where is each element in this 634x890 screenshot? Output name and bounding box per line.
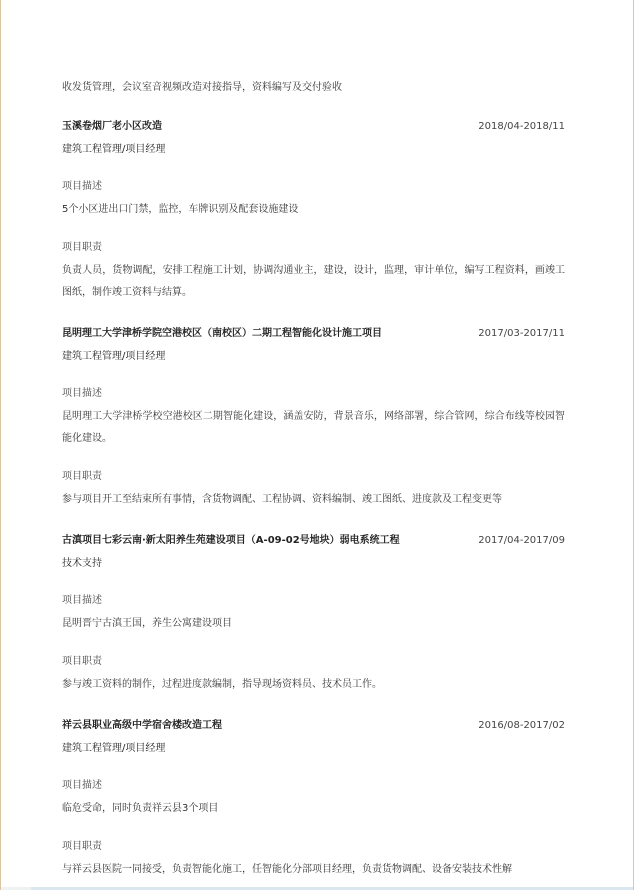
description-label: 项目描述	[62, 177, 565, 197]
duties-text: 参与竣工资料的制作，过程进度款编制，指导现场资料员、技术员工作。	[62, 674, 565, 696]
project-title: 玉溪卷烟厂老小区改造	[62, 117, 162, 137]
previous-duties-continuation: 收发货管理，会议室音视频改造对接指导，资料编写及交付验收	[62, 78, 565, 98]
project-date: 2016/08-2017/02	[478, 716, 565, 736]
duties-label: 项目职责	[62, 467, 565, 487]
description-text: 昆明理工大学津桥学校空港校区二期智能化建设，涵盖安防，背景音乐，网络部署，综合管…	[62, 406, 565, 450]
project-entry: 祥云县职业高级中学宿舍楼改造工程 2016/08-2017/02 建筑工程管理/…	[62, 716, 565, 881]
project-role: 建筑工程管理/项目经理	[62, 140, 565, 160]
duties-text: 参与项目开工至结束所有事情，含货物调配、工程协调、资料编制、竣工图纸、进度款及工…	[62, 489, 565, 511]
description-label: 项目描述	[62, 384, 565, 404]
project-role: 建筑工程管理/项目经理	[62, 347, 565, 367]
project-entry: 古滇项目七彩云南·新太阳养生苑建设项目（A-09-02号地块）弱电系统工程 20…	[62, 531, 565, 696]
project-header: 昆明理工大学津桥学院空港校区（南校区）二期工程智能化设计施工项目 2017/03…	[62, 324, 565, 344]
description-text: 临危受命，同时负责祥云县3个项目	[62, 798, 565, 820]
duties-text: 与祥云县医院一同接受，负责智能化施工，任智能化分部项目经理，负责货物调配、设备安…	[62, 859, 565, 881]
project-header: 玉溪卷烟厂老小区改造 2018/04-2018/11	[62, 117, 565, 137]
project-date: 2017/03-2017/11	[478, 324, 565, 344]
project-date: 2018/04-2018/11	[478, 117, 565, 137]
description-label: 项目描述	[62, 776, 565, 796]
duties-text: 负责人员，货物调配，安排工程施工计划，协调沟通业主，建设，设计，监理，审计单位，…	[62, 260, 565, 304]
project-date: 2017/04-2017/09	[478, 531, 565, 551]
project-experience-section: 收发货管理，会议室音视频改造对接指导，资料编写及交付验收 玉溪卷烟厂老小区改造 …	[62, 78, 565, 881]
project-header: 古滇项目七彩云南·新太阳养生苑建设项目（A-09-02号地块）弱电系统工程 20…	[62, 531, 565, 551]
project-role: 建筑工程管理/项目经理	[62, 739, 565, 759]
description-text: 昆明晋宁古滇王国，养生公寓建设项目	[62, 613, 565, 635]
duties-label: 项目职责	[62, 837, 565, 857]
duties-label: 项目职责	[62, 238, 565, 258]
project-entry: 玉溪卷烟厂老小区改造 2018/04-2018/11 建筑工程管理/项目经理 项…	[62, 117, 565, 304]
description-label: 项目描述	[62, 591, 565, 611]
project-header: 祥云县职业高级中学宿舍楼改造工程 2016/08-2017/02	[62, 716, 565, 736]
project-title: 祥云县职业高级中学宿舍楼改造工程	[62, 716, 222, 736]
project-role: 技术支持	[62, 554, 565, 574]
resume-page: 收发货管理，会议室音视频改造对接指导，资料编写及交付验收 玉溪卷烟厂老小区改造 …	[0, 0, 634, 890]
duties-label: 项目职责	[62, 652, 565, 672]
project-entry: 昆明理工大学津桥学院空港校区（南校区）二期工程智能化设计施工项目 2017/03…	[62, 324, 565, 511]
project-title: 古滇项目七彩云南·新太阳养生苑建设项目（A-09-02号地块）弱电系统工程	[62, 531, 400, 551]
description-text: 5个小区进出口门禁，监控，车牌识别及配套设施建设	[62, 199, 565, 221]
project-title: 昆明理工大学津桥学院空港校区（南校区）二期工程智能化设计施工项目	[62, 324, 382, 344]
